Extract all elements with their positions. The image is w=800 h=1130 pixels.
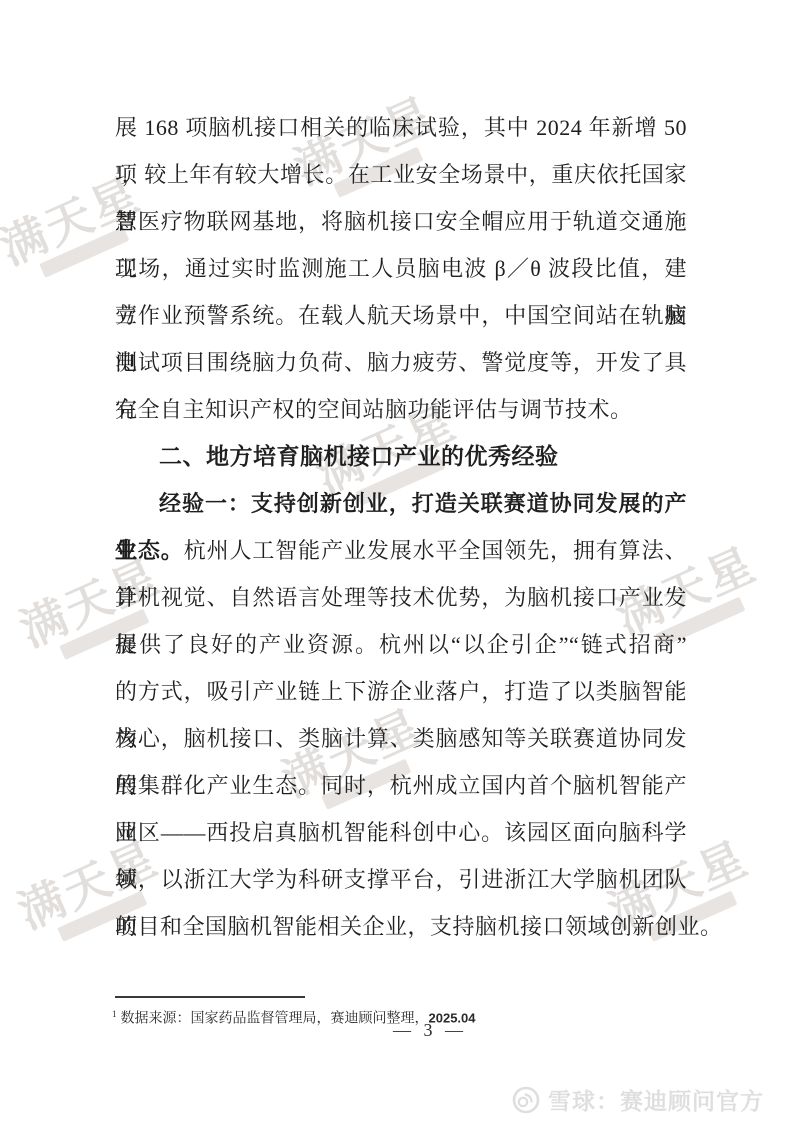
body-line: 测试项目围绕脑力负荷、脑力疲劳、警觉度等，开发了具有	[115, 339, 687, 386]
body-line: 生态。杭州人工智能产业发展水平全国领先，拥有算法、计	[115, 527, 687, 574]
footnote-marker: 1	[112, 1009, 117, 1019]
xueqiu-badge-label: 雪球：赛迪顾问官方	[548, 1083, 764, 1116]
text-block: 展 168 项脑机接口相关的临床试验，其中 2024 年新增 50 项 1，较上…	[115, 104, 687, 950]
body-line: 的集群化产业生态。同时，杭州成立国内首个脑机智能产业	[115, 762, 687, 809]
body-line: 项目和全国脑机智能相关企业，支持脑机接口领域创新创业。	[115, 903, 687, 950]
section-heading: 二、地方培育脑机接口产业的优秀经验	[115, 433, 687, 480]
body-line: 的方式，吸引产业链上下游企业落户，打造了以类脑智能为	[115, 668, 687, 715]
footnote-separator	[115, 996, 305, 998]
body-line: 劳作业预警系统。在载人航天场景中，中国空间站在轨脑电	[115, 292, 687, 339]
body-line: 展 168 项脑机接口相关的临床试验，其中 2024 年新增 50 项	[115, 104, 687, 151]
body-line: 园区——西投启真脑机智能科创中心。该园区面向脑科学领	[115, 809, 687, 856]
body-line: 1，较上年有较大增长。在工业安全场景中，重庆依托国家智	[115, 151, 687, 198]
xueqiu-snowball-icon	[512, 1086, 540, 1114]
body-line: 算机视觉、自然语言处理等技术优势，为脑机接口产业发展	[115, 574, 687, 621]
page-number: — 3 —	[115, 1020, 745, 1041]
document-page: 满天星 满天星 满天星 满天星 满天星 满天星 满天星 满天星 展 168 项脑…	[0, 0, 800, 1130]
body-line: 慧医疗物联网基地，将脑机接口安全帽应用于轨道交通施工	[115, 198, 687, 245]
body-line-bold-lead: 生态。	[115, 538, 184, 563]
body-line: 提供了良好的产业资源。杭州以“以企引企”“链式招商”	[115, 621, 687, 668]
body-line: 完全自主知识产权的空间站脑功能评估与调节技术。	[115, 386, 687, 433]
body-line: 现场，通过实时监测施工人员脑电波 β／θ 波段比值，建立疲	[115, 245, 687, 292]
xueqiu-badge: 雪球：赛迪顾问官方	[512, 1083, 764, 1116]
body-line: 域，以浙江大学为科研支撑平台，引进浙江大学脑机团队的	[115, 856, 687, 903]
body-line: 核心，脑机接口、类脑计算、类脑感知等关联赛道协同发展	[115, 715, 687, 762]
body-line-bold: 经验一：支持创新创业，打造关联赛道协同发展的产业	[115, 480, 687, 527]
